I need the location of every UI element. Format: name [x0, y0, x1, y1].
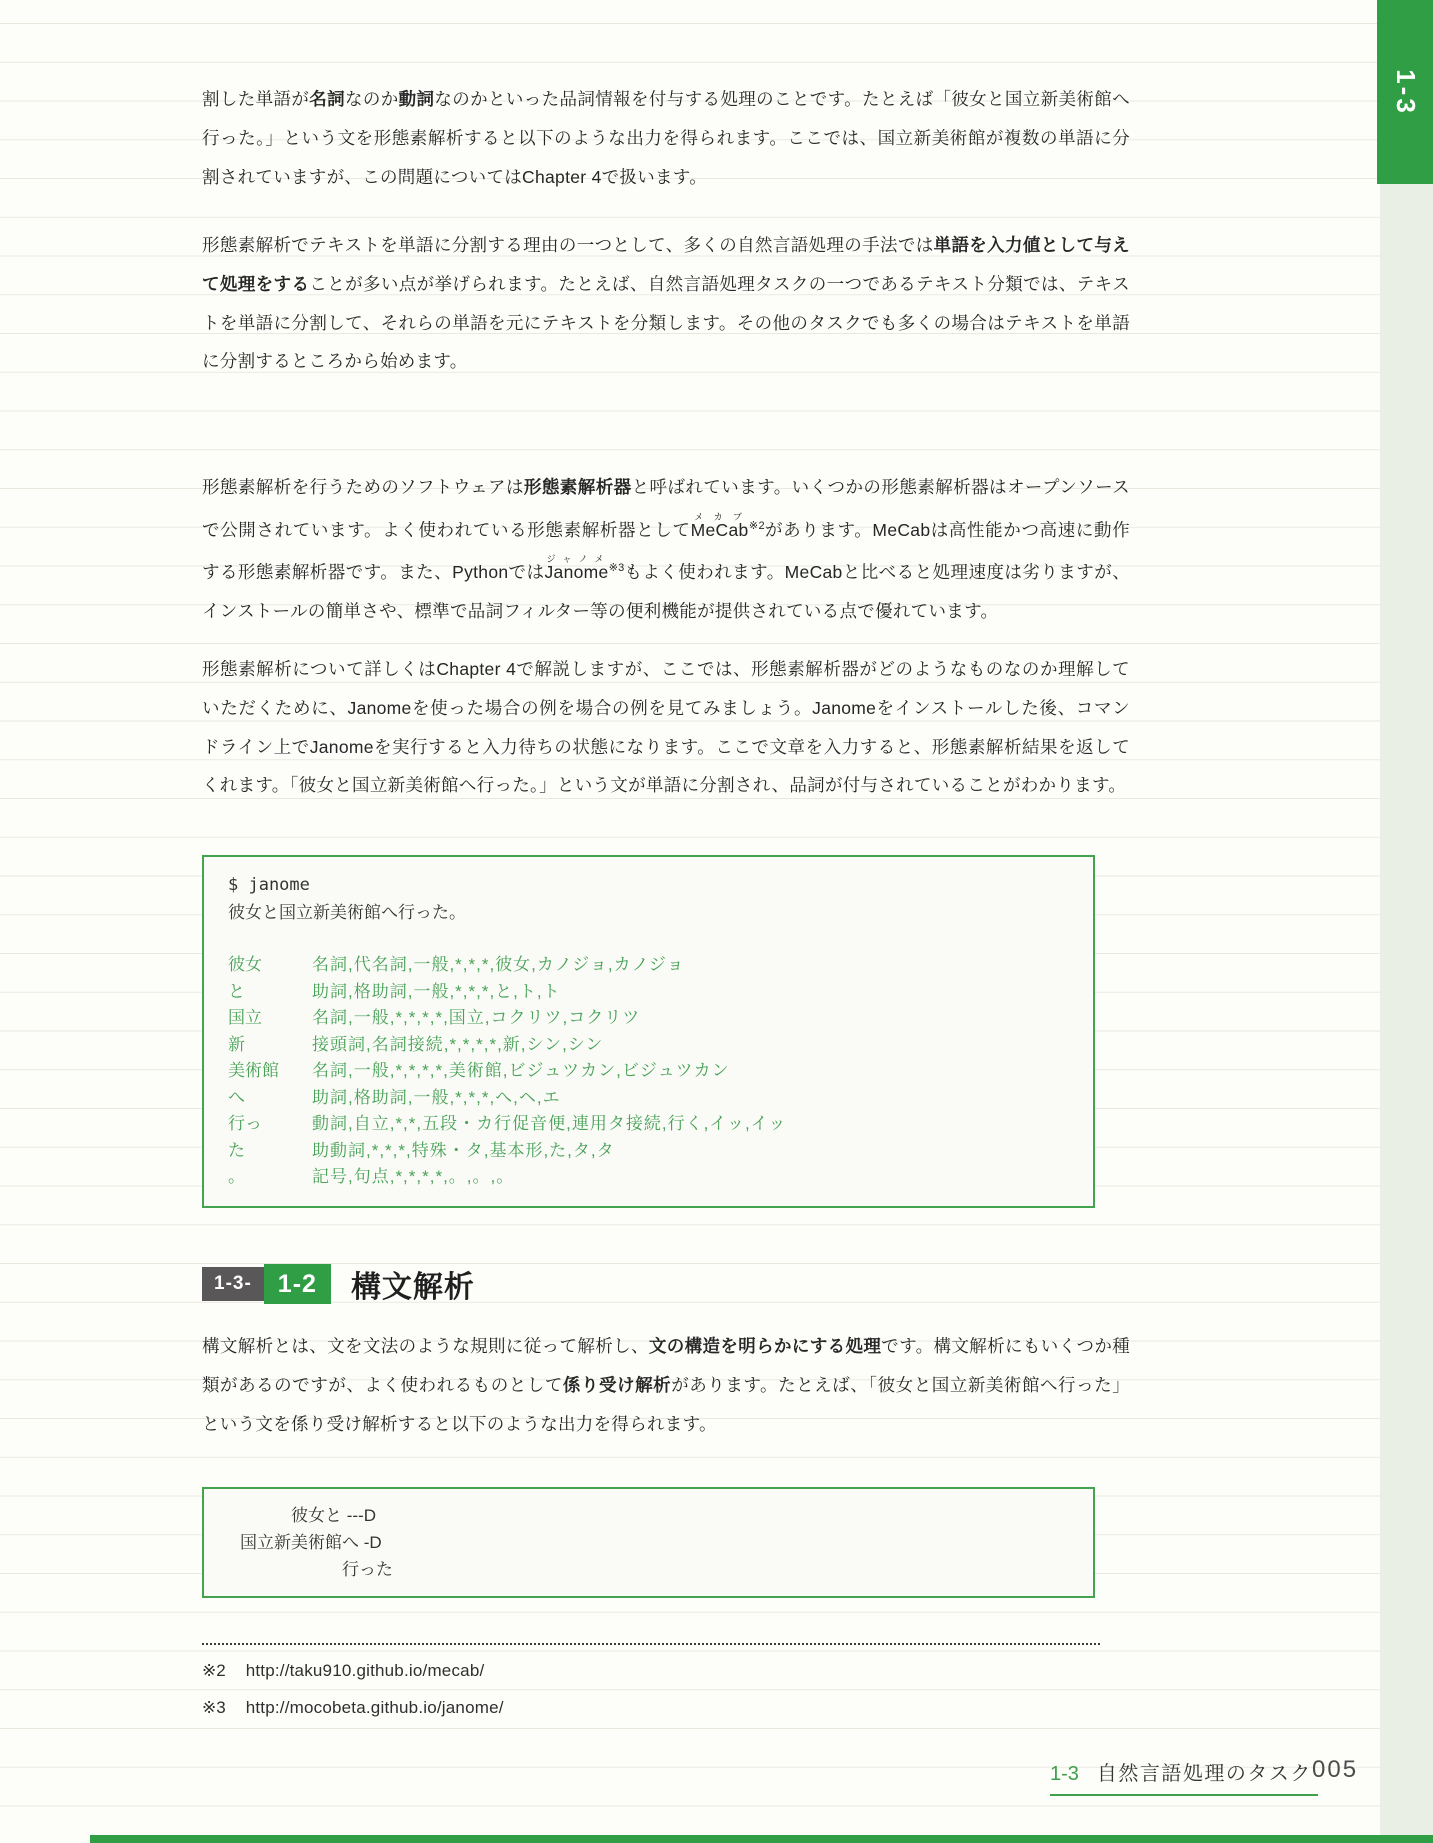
footnote: ※3http://mocobeta.github.io/janome/ — [202, 1689, 504, 1726]
section-number-prefix-badge: 1-3- — [202, 1267, 264, 1301]
section-title: 構文解析 — [351, 1262, 475, 1306]
dependency-line: 彼女と ---D — [240, 1502, 1083, 1529]
token-features: 名詞,一般,*,*,*,*,国立,コクリツ,コクリツ — [312, 1005, 640, 1032]
footnote-url: http://taku910.github.io/mecab/ — [246, 1652, 485, 1689]
dependency-line-list: 彼女と ---D国立新美術館へ -D 行った — [240, 1502, 1083, 1583]
page-number: 005 — [1312, 1756, 1358, 1784]
token-features: 名詞,一般,*,*,*,*,美術館,ビジュツカン,ビジュツカン — [312, 1058, 730, 1085]
token-features: 助動詞,*,*,*,特殊・タ,基本形,た,タ,タ — [312, 1138, 615, 1165]
terminal-command: $ janome — [228, 871, 1083, 899]
token-list: 彼女名詞,代名詞,一般,*,*,*,彼女,カノジョ,カノジョと助詞,格助詞,一般… — [228, 952, 1083, 1191]
token-surface: 国立 — [228, 1005, 312, 1032]
footer-section-number: 1-3 — [1050, 1763, 1079, 1786]
token-surface: 美術館 — [228, 1058, 312, 1085]
token-row: 新接頭詞,名詞接続,*,*,*,*,新,シン,シン — [228, 1032, 1083, 1059]
page-footer: 1-3 自然言語処理のタスク — [1050, 1757, 1318, 1796]
footnotes: ※2http://taku910.github.io/mecab/※3http:… — [202, 1652, 504, 1726]
token-row: 行っ動詞,自立,*,*,五段・カ行促音便,連用タ接続,行く,イッ,イッ — [228, 1111, 1083, 1138]
token-row: 美術館名詞,一般,*,*,*,*,美術館,ビジュツカン,ビジュツカン — [228, 1058, 1083, 1085]
text-run: なのか — [345, 89, 399, 109]
footnote-url: http://mocobeta.github.io/janome/ — [246, 1689, 504, 1726]
paragraph-janome-demo-intro: 形態素解析について詳しくはChapter 4で解説しますが、ここでは、形態素解析… — [202, 650, 1130, 805]
text-run: 形態素解析を行うためのソフトウェアは — [202, 477, 524, 497]
token-features: 記号,句点,*,*,*,*,。,。,。 — [312, 1164, 514, 1191]
terminal-input-sentence: 彼女と国立新美術館へ行った。 — [228, 899, 1083, 927]
token-row: と助詞,格助詞,一般,*,*,*,と,ト,ト — [228, 979, 1083, 1006]
ruby-annotated-text: MeCabメカブ — [691, 520, 749, 540]
footnote-reference: ※2 — [749, 520, 765, 532]
token-surface: 新 — [228, 1032, 312, 1059]
emphasized-text: 文の構造を明らかにする処理 — [649, 1336, 881, 1356]
section-number-badge: 1-2 — [264, 1264, 331, 1304]
dependency-line: 行った — [240, 1556, 1083, 1583]
paragraph-analyzers-mecab-janome: 形態素解析を行うためのソフトウェアは形態素解析器と呼ばれています。いくつかの形態… — [202, 468, 1130, 631]
emphasized-text: 係り受け解析 — [563, 1375, 671, 1395]
footnote-separator — [202, 1643, 1100, 1645]
emphasized-text: 動詞 — [399, 89, 435, 109]
footnote-marker: ※3 — [202, 1689, 226, 1726]
chapter-tab: 1-3 — [1377, 0, 1433, 184]
chapter-tab-label: 1-3 — [1389, 69, 1420, 116]
text-run: 構文解析とは、文を文法のような規則に従って解析し、 — [202, 1336, 649, 1356]
footnote: ※2http://taku910.github.io/mecab/ — [202, 1652, 504, 1689]
paragraph-morphology-pos: 割した単語が名詞なのか動詞なのかといった品詞情報を付与する処理のことです。たとえ… — [202, 80, 1130, 196]
dependency-line: 国立新美術館へ -D — [240, 1529, 1083, 1556]
token-features: 助詞,格助詞,一般,*,*,*,と,ト,ト — [312, 979, 561, 1006]
bottom-accent-bar — [90, 1835, 1433, 1843]
ruby-annotated-text: Janomeジャノメ — [544, 562, 608, 582]
token-features: 名詞,代名詞,一般,*,*,*,彼女,カノジョ,カノジョ — [312, 952, 685, 979]
token-surface: へ — [228, 1085, 312, 1112]
footnote-marker: ※2 — [202, 1652, 226, 1689]
dependency-parse-output: 彼女と ---D国立新美術館へ -D 行った — [202, 1487, 1095, 1598]
token-surface: た — [228, 1138, 312, 1165]
token-surface: 行っ — [228, 1111, 312, 1138]
book-page: 1-3 割した単語が名詞なのか動詞なのかといった品詞情報を付与する処理のことです… — [0, 0, 1433, 1843]
token-surface: 彼女 — [228, 952, 312, 979]
side-strip — [1380, 0, 1433, 1843]
token-row: 彼女名詞,代名詞,一般,*,*,*,彼女,カノジョ,カノジョ — [228, 952, 1083, 979]
token-row: へ助詞,格助詞,一般,*,*,*,へ,ヘ,エ — [228, 1085, 1083, 1112]
text-run: ことが多い点が挙げられます。たとえば、自然言語処理タスクの一つであるテキスト分類… — [202, 274, 1130, 372]
token-features: 接頭詞,名詞接続,*,*,*,*,新,シン,シン — [312, 1032, 603, 1059]
emphasized-text: 形態素解析器 — [524, 477, 632, 497]
blank-line — [228, 927, 1083, 952]
section-header: 1-3- 1-2 構文解析 — [202, 1262, 475, 1306]
token-features: 助詞,格助詞,一般,*,*,*,へ,ヘ,エ — [312, 1085, 561, 1112]
emphasized-text: 名詞 — [309, 89, 345, 109]
terminal-output-janome: $ janome 彼女と国立新美術館へ行った。 彼女名詞,代名詞,一般,*,*,… — [202, 855, 1095, 1208]
paragraph-syntax-parsing: 構文解析とは、文を文法のような規則に従って解析し、文の構造を明らかにする処理です… — [202, 1327, 1130, 1443]
footnote-reference: ※3 — [609, 562, 625, 574]
text-run: 形態素解析でテキストを単語に分割する理由の一つとして、多くの自然言語処理の手法で… — [202, 235, 934, 255]
paragraph-why-split-words: 形態素解析でテキストを単語に分割する理由の一つとして、多くの自然言語処理の手法で… — [202, 226, 1130, 381]
token-row: た助動詞,*,*,*,特殊・タ,基本形,た,タ,タ — [228, 1138, 1083, 1165]
token-surface: と — [228, 979, 312, 1006]
text-run: 割した単語が — [202, 89, 309, 109]
token-row: 。記号,句点,*,*,*,*,。,。,。 — [228, 1164, 1083, 1191]
token-row: 国立名詞,一般,*,*,*,*,国立,コクリツ,コクリツ — [228, 1005, 1083, 1032]
footer-section-title: 自然言語処理のタスク — [1097, 1757, 1312, 1786]
text-run: 形態素解析について詳しくはChapter 4で解説しますが、ここでは、形態素解析… — [202, 659, 1130, 795]
token-features: 動詞,自立,*,*,五段・カ行促音便,連用タ接続,行く,イッ,イッ — [312, 1111, 786, 1138]
token-surface: 。 — [228, 1164, 312, 1191]
